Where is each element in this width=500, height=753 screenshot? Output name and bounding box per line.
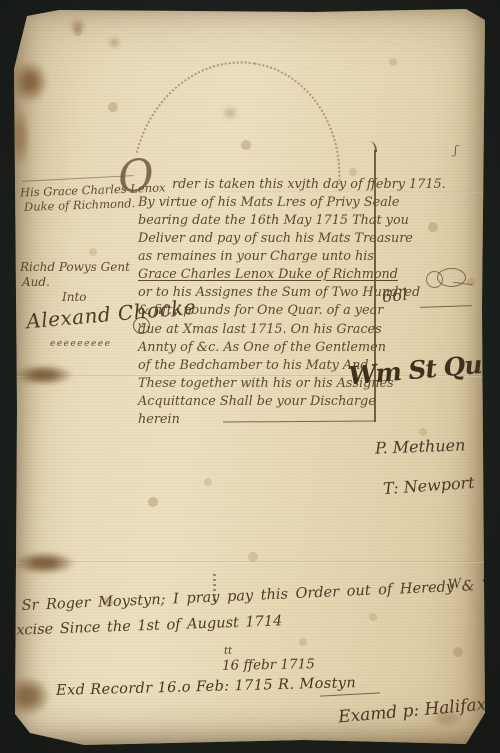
foxing-spot — [70, 19, 85, 34]
treasury-signature-methuen: P. Methuen — [375, 435, 466, 457]
manuscript-paper: His Grace Charles Lenox Duke of Richmond… — [14, 9, 487, 745]
order-line-closing: herein — [138, 412, 180, 427]
photo-background: His Grace Charles Lenox Duke of Richmond… — [0, 0, 500, 753]
treasury-signature-newport: T: Newport — [382, 473, 475, 498]
foxing-spots — [14, 9, 20, 15]
fold-edge-stain — [14, 365, 72, 385]
docket-exam-signature: Examd p: Halifax — [337, 695, 487, 728]
closing-rule-line — [223, 420, 375, 422]
amount-value: 66l — [381, 285, 408, 307]
order-line: & fifty pounds for One Quar. of a year — [138, 303, 383, 318]
order-line-grantee-underlined: Grace Charles Lenox Duke of Richmond — [138, 267, 398, 282]
pen-scribble — [426, 267, 470, 291]
margin-auditor-abbr: Aud. — [22, 275, 50, 289]
scribble-loop — [426, 271, 443, 288]
order-line: Deliver and pay of such his Mats Treasur… — [138, 231, 413, 246]
docket-pay-order-line2: Excise Since the 1st of August 1714 — [5, 613, 282, 639]
order-line: or to his Assignes the Sum of Two Hundre… — [138, 285, 420, 300]
ink-stain — [12, 61, 48, 103]
margin-entered-note: Into — [62, 290, 87, 304]
signature-flourish-loops: eeeeeeeee — [50, 339, 111, 349]
corner-stain — [6, 677, 50, 715]
small-ink-mark: ʃ — [454, 143, 457, 157]
fold-edge-stain — [14, 552, 74, 574]
order-line: bearing date the 16th May 1715 That you — [138, 213, 409, 228]
docket-date-note: 16 ffebr 1715 — [222, 656, 315, 674]
margin-auditor-name: Richd Powys Gent — [20, 260, 130, 274]
docket-record-line: Exd Recordr 16.o Feb: 1715 R. Mostyn — [56, 675, 357, 699]
order-line: Annty of &c. As One of the Gentlemen — [138, 340, 386, 355]
order-line: due at Xmas last 1715. On his Graces — [138, 322, 382, 337]
docket-date-mark: tt — [224, 646, 232, 657]
order-line: rder is taken this xvjth day of ffebry 1… — [172, 177, 446, 192]
amount-dash-line — [420, 305, 472, 308]
order-line: of the Bedchamber to his Maty And — [138, 358, 369, 373]
order-line: By virtue of his Mats Lres of Privy Seal… — [138, 195, 399, 210]
fold-crease — [14, 561, 487, 563]
docket-temp-mark: W — [447, 576, 462, 592]
docket-pay-order-line1: Sr Roger Moystyn; I pray pay this Order … — [21, 576, 500, 614]
foxing-spot — [109, 37, 120, 48]
order-line: as remaines in your Charge unto his — [138, 249, 374, 264]
ink-stain — [10, 107, 30, 167]
margin-grantee-title: Duke of Richmond. — [24, 196, 136, 214]
order-line: Acquittance Shall be your Discharge — [138, 394, 376, 409]
mostyn-trailing-line — [320, 692, 380, 696]
